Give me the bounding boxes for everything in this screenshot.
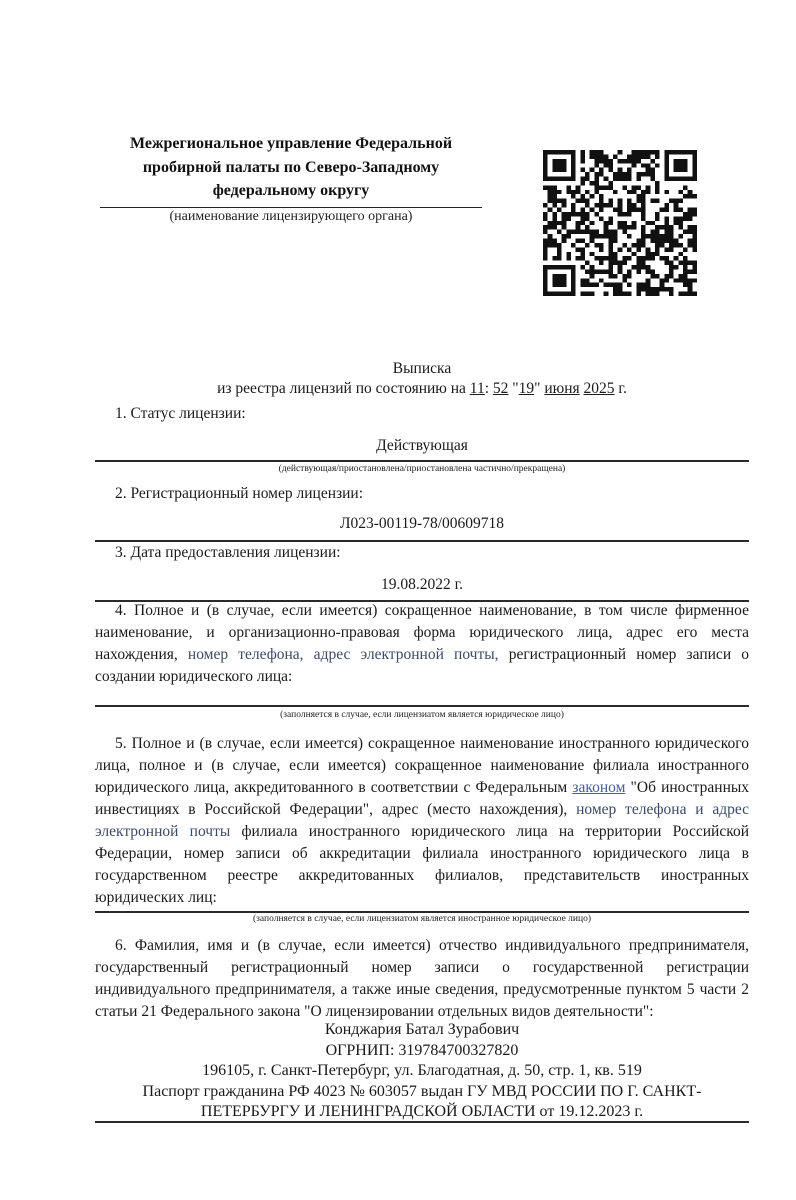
- number-rule: [95, 540, 749, 542]
- license-date-label: 3. Дата предоставления лицензии:: [115, 544, 341, 562]
- foreign-entity-paragraph: 5. Полное и (в случае, если имеется) сок…: [95, 733, 749, 909]
- legal-entity-paragraph: 4. Полное и (в случае, если имеется) сок…: [95, 600, 749, 688]
- foreign-entity-rule: [95, 911, 749, 913]
- foreign-entity-hint: (заполняется в случае, если лицензиатом …: [95, 914, 749, 924]
- date-day: 19: [519, 380, 535, 397]
- date-year: 2025: [584, 380, 615, 397]
- legal-entity-contact-text: номер телефона, адрес электронной почты,: [188, 646, 499, 663]
- entrepreneur-paragraph: 6. Фамилия, имя и (в случае, если имеетс…: [95, 935, 749, 1023]
- entrepreneur-details: Конджария Батал Зурабович ОГРНИП: 319784…: [95, 1020, 749, 1123]
- entrepreneur-passport-line1: Паспорт гражданина РФ 4023 № 603057 выда…: [95, 1082, 749, 1103]
- legal-entity-rule: [95, 705, 749, 707]
- entrepreneur-ogrnip: ОГРНИП: 319784700327820: [95, 1041, 749, 1062]
- subtitle-prefix: из реестра лицензий по состоянию на: [217, 380, 466, 397]
- document-title: Выписка: [95, 360, 749, 378]
- document-subtitle: из реестра лицензий по состоянию на 11: …: [95, 380, 749, 398]
- license-status-label: 1. Статус лицензии:: [115, 405, 246, 423]
- date-month: июня: [544, 380, 579, 397]
- entrepreneur-rule: [95, 1121, 749, 1123]
- authority-underline: [100, 207, 482, 208]
- license-number-value: Л023-00119-78/00609718: [95, 515, 749, 533]
- qr-code-icon[interactable]: [543, 150, 697, 296]
- entrepreneur-name: Конджария Батал Зурабович: [95, 1020, 749, 1041]
- authority-caption: (наименование лицензирующего органа): [100, 209, 482, 225]
- federal-law-link[interactable]: законом: [572, 779, 625, 796]
- license-number-label: 2. Регистрационный номер лицензии:: [115, 485, 363, 503]
- legal-entity-hint: (заполняется в случае, если лицензиатом …: [95, 710, 749, 720]
- license-date-value: 19.08.2022 г.: [95, 576, 749, 594]
- entrepreneur-passport-line2: ПЕТЕРБУРГУ И ЛЕНИНГРАДСКОЙ ОБЛАСТИ от 19…: [95, 1102, 749, 1123]
- status-hint: (действующая/приостановлена/приостановле…: [95, 464, 749, 474]
- license-status-value: Действующая: [95, 437, 749, 455]
- status-rule: [95, 460, 749, 462]
- time-minute: 52: [493, 380, 509, 397]
- licensing-authority-name: Межрегиональное управление Федеральной п…: [100, 132, 482, 203]
- entrepreneur-address: 196105, г. Санкт-Петербург, ул. Благодат…: [95, 1061, 749, 1082]
- time-hour: 11: [470, 380, 485, 397]
- year-suffix: г.: [618, 380, 626, 397]
